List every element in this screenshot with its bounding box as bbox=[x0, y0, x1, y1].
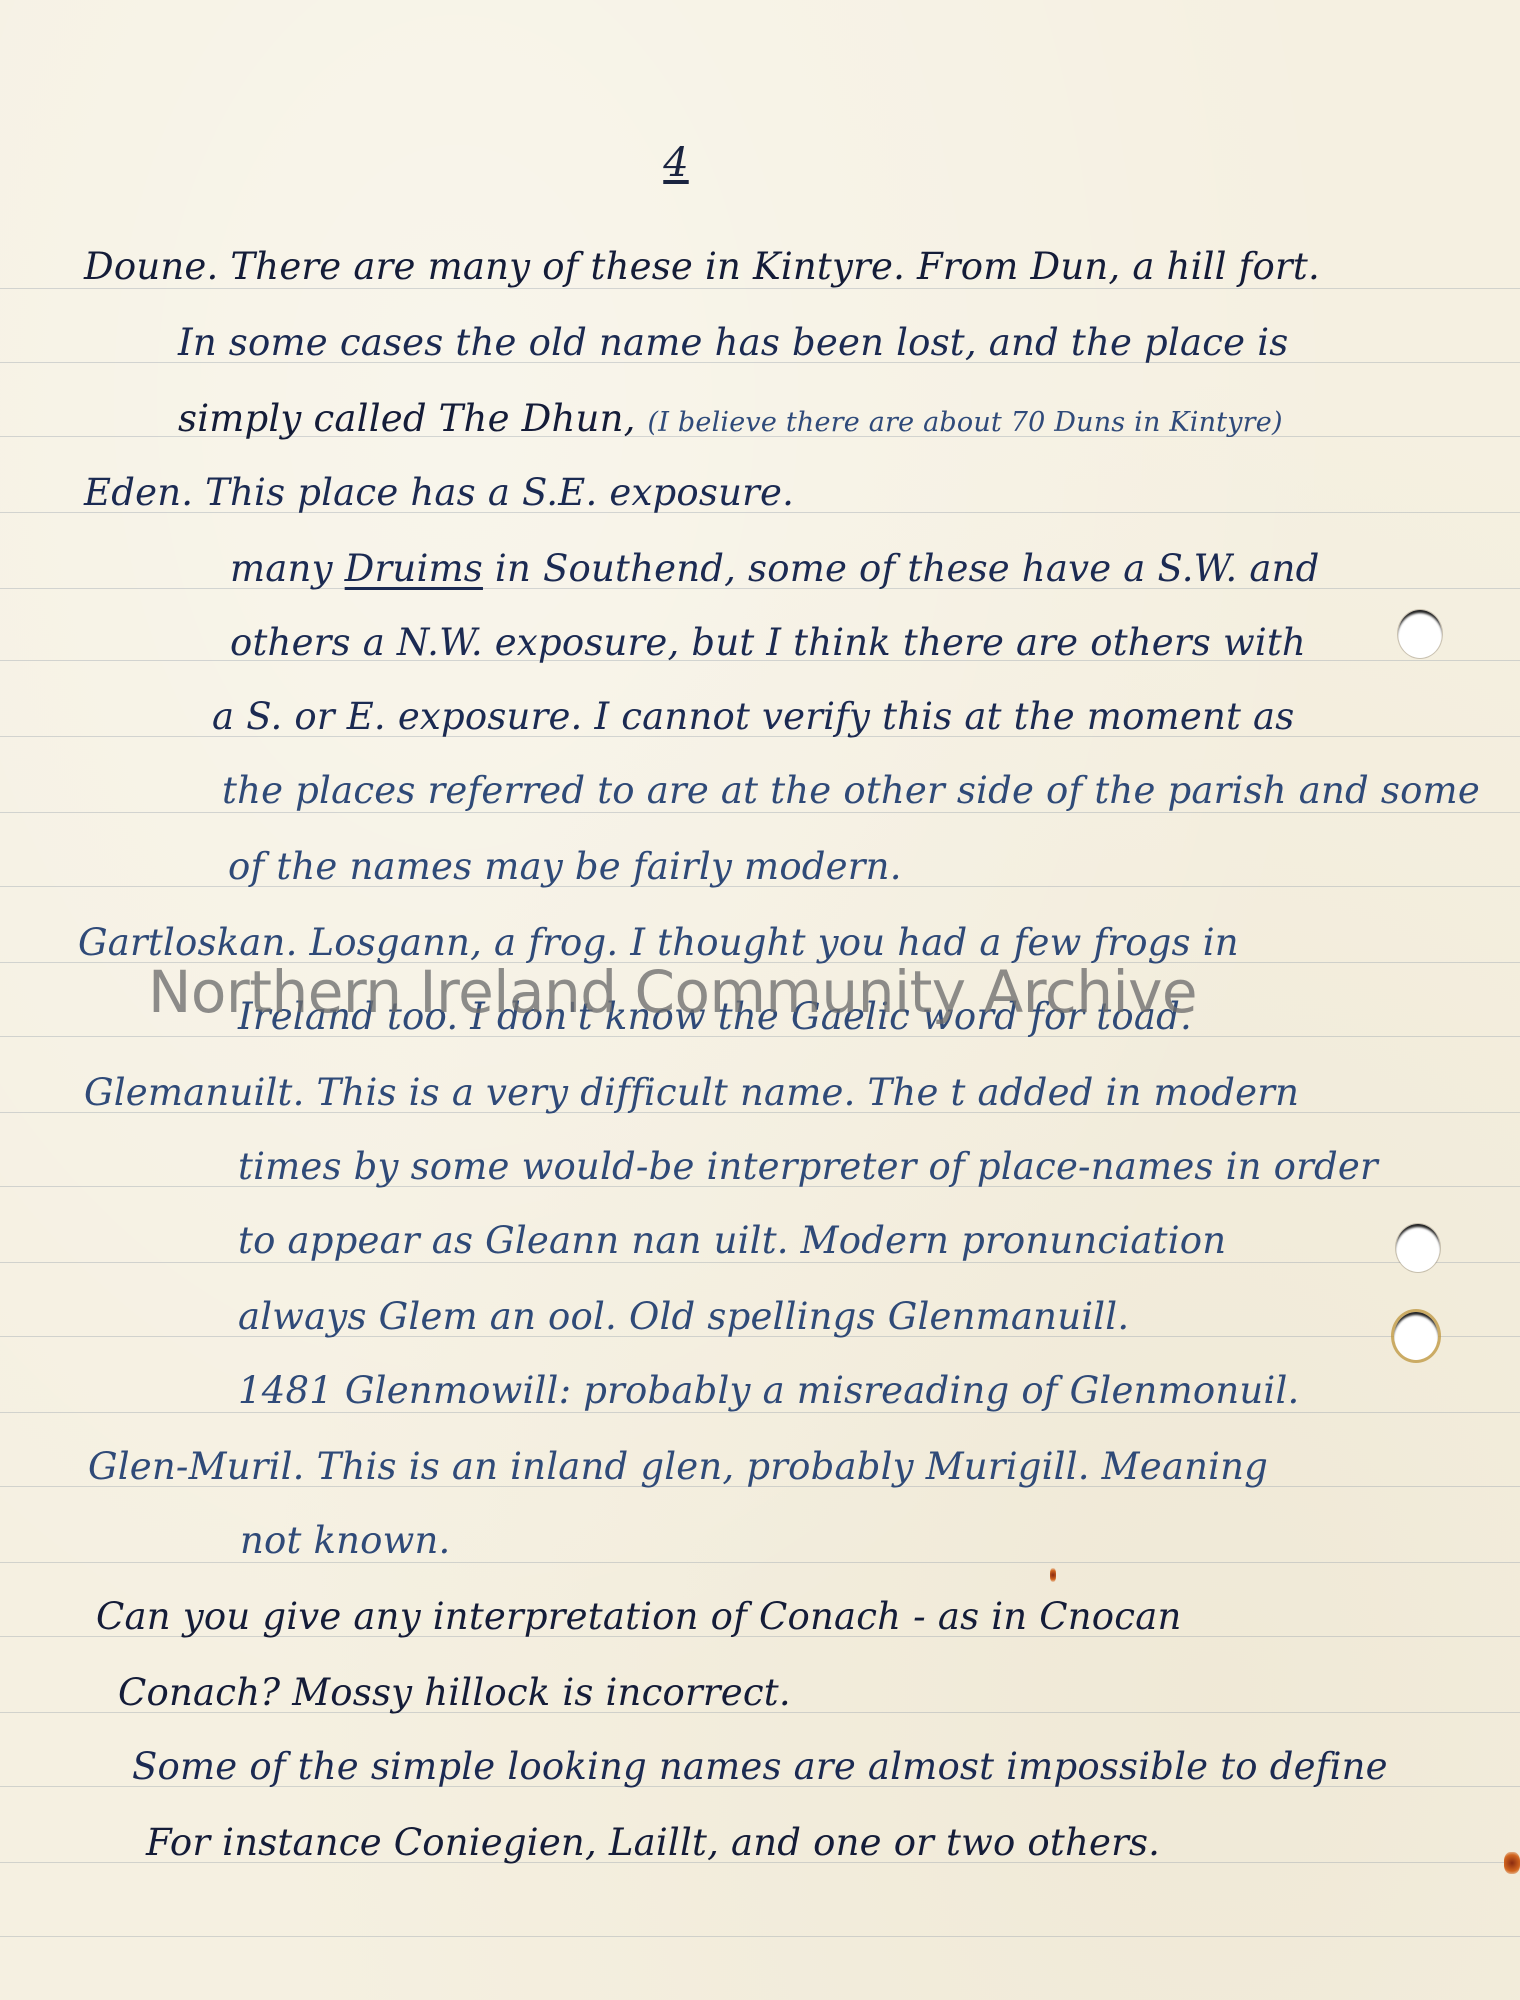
punch-hole bbox=[1398, 610, 1442, 658]
paper-stain bbox=[1504, 1852, 1520, 1874]
entry-glemanuilt-line-2: times by some would-be interpreter of pl… bbox=[238, 1148, 1378, 1185]
page-number: 4 bbox=[656, 140, 696, 186]
entry-glemanuilt-line-5: 1481 Glenmowill: probably a misreading o… bbox=[238, 1372, 1299, 1409]
entry-doune-line-3-text: simply called The Dhun, bbox=[178, 397, 636, 440]
entry-eden-line-6: of the names may be fairly modern. bbox=[228, 848, 902, 885]
entry-glen-muril-line-1: Glen-Muril. This is an inland glen, prob… bbox=[88, 1448, 1268, 1485]
entry-doune-line-1: Doune. There are many of these in Kintyr… bbox=[84, 248, 1320, 285]
closing-line-4: For instance Coniegien, Laillt, and one … bbox=[146, 1824, 1160, 1861]
ruled-line bbox=[0, 812, 1520, 813]
archive-watermark: Northern Ireland Community Archive bbox=[148, 958, 1197, 1026]
entry-doune-line-2: In some cases the old name has been lost… bbox=[178, 324, 1288, 361]
entry-glemanuilt-line-1: Glemanuilt. This is a very difficult nam… bbox=[84, 1074, 1299, 1111]
closing-line-1: Can you give any interpretation of Conac… bbox=[96, 1598, 1181, 1635]
ruled-line bbox=[0, 1262, 1520, 1263]
entry-eden-southend: in Southend, some of these have a S.W. a… bbox=[495, 547, 1320, 590]
ruled-line bbox=[0, 1936, 1520, 1937]
letter-page: 4 Doune. There are many of these in Kint… bbox=[0, 0, 1520, 2000]
punch-hole bbox=[1396, 1224, 1440, 1272]
entry-glemanuilt-line-3: to appear as Gleann nan uilt. Modern pro… bbox=[238, 1222, 1226, 1259]
entry-doune-line-3: simply called The Dhun, (I believe there… bbox=[178, 400, 1283, 437]
entry-eden-line-2: many Druims in Southend, some of these h… bbox=[230, 550, 1320, 587]
entry-glen-muril-line-2: not known. bbox=[240, 1522, 451, 1559]
ruled-line bbox=[0, 1412, 1520, 1413]
entry-eden-druims-underlined: Druims bbox=[345, 547, 483, 590]
entry-eden-many: many bbox=[230, 547, 333, 590]
entry-eden-line-4: a S. or E. exposure. I cannot verify thi… bbox=[212, 698, 1294, 735]
entry-doune-aside: (I believe there are about 70 Duns in Ki… bbox=[648, 407, 1283, 438]
entry-eden-line-5: the places referred to are at the other … bbox=[222, 772, 1480, 809]
entry-eden-line-1: Eden. This place has a S.E. exposure. bbox=[84, 474, 794, 511]
entry-gartloskan-line-1: Gartloskan. Losgann, a frog. I thought y… bbox=[78, 924, 1239, 961]
closing-line-3: Some of the simple looking names are alm… bbox=[132, 1748, 1388, 1785]
entry-eden-line-3: others a N.W. exposure, but I think ther… bbox=[230, 624, 1306, 661]
ruled-line bbox=[0, 1562, 1520, 1563]
paper-stain bbox=[1050, 1568, 1056, 1582]
punch-hole bbox=[1394, 1312, 1438, 1360]
closing-line-2: Conach? Mossy hillock is incorrect. bbox=[118, 1674, 791, 1711]
entry-glemanuilt-line-4: always Glem an ool. Old spellings Glenma… bbox=[238, 1298, 1129, 1335]
ruled-line bbox=[0, 288, 1520, 289]
